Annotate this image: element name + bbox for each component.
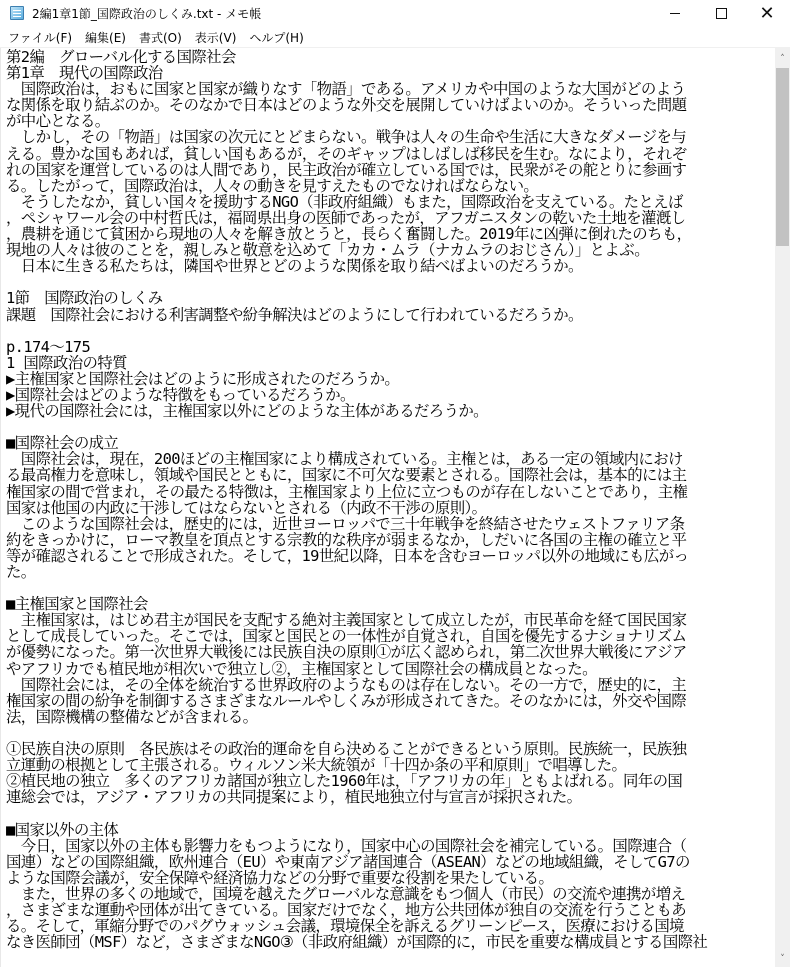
text-line: 法，国際機構の整備などが含まれる。 — [6, 709, 775, 725]
text-line: ような国際会議が，安全保障や経済協力などの分野で重要な役割を果たしている。 — [6, 870, 775, 886]
text-line — [6, 274, 775, 290]
text-line: 主権国家は，はじめ君主が国民を支配する絶対主義国家として成立したが，市民革命を経… — [6, 612, 775, 628]
text-line: 等が確認されることで形成された。そして，19世紀以降，日本を含むヨーロッパ以外の… — [6, 548, 775, 564]
text-line: として成長していった。そこでは，国家と国民との一体性が自覚され，自国を優先するナ… — [6, 628, 775, 644]
text-line: える。豊かな国もあれば，貧しい国もあるが，そのギャップはしばしば移民を生む。なに… — [6, 146, 775, 162]
text-line: ，さまざまな運動や団体が出てきている。国家だけでなく，地方公共団体が独自の交流を… — [6, 902, 775, 918]
text-line: ②植民地の独立 多くのアフリカ諸国が独立した1960年は，「アフリカの年」ともよ… — [6, 773, 775, 789]
text-line: 立運動の根拠として主張される。ウィルソン米大統領が「十四か条の平和原則」で唱導し… — [6, 757, 775, 773]
text-line: が中心となる。 — [6, 113, 775, 129]
scrollbar-thumb[interactable] — [776, 68, 789, 246]
text-line: そうしたなか，貧しい国々を援助するNGO（非政府組織）もまた，国際政治を支えてい… — [6, 194, 775, 210]
text-line: 権国家の間で営まれ，その最たる特徴は，主権国家より上位に立つものが存在しないこと… — [6, 484, 775, 500]
text-line — [6, 725, 775, 741]
text-line: ▶主権国家と国際社会はどのように形成されたのだろうか。 — [6, 371, 775, 387]
menu-file[interactable]: ファイル(F) — [6, 29, 79, 46]
text-line: ，ペシャワール会の中村哲氏は，福岡県出身の医師であったが，アフガニスタンの乾いた… — [6, 210, 775, 226]
text-line — [6, 419, 775, 435]
text-line — [6, 805, 775, 821]
text-line: 1節 国際政治のしくみ — [6, 290, 775, 306]
text-line: 現地の人々は彼のことを，親しみと敬意を込めて「カカ・ムラ（ナカムラのおじさん）」… — [6, 242, 775, 258]
text-line: ▶現代の国際社会には，主権国家以外にどのような主体があるだろうか。 — [6, 403, 775, 419]
text-line: 国際社会には，その全体を統治する世界政府のようなものは存在しない。その一方で，歴… — [6, 677, 775, 693]
text-line — [6, 580, 775, 596]
text-line: た。 — [6, 564, 775, 580]
text-line: 1 国際政治の特質 — [6, 355, 775, 371]
text-line: ，農耕を通じて貧困から現地の人々を解き放とうと，長らく奮闘した。2019年に凶弾… — [6, 226, 775, 242]
text-line: p.174～175 — [6, 339, 775, 355]
window-controls: ✕ — [652, 0, 790, 26]
text-line: ①民族自決の原則 各民族はその政治的運命を自ら決めることができるという原則。民族… — [6, 741, 775, 757]
menu-edit[interactable]: 編集(E) — [83, 29, 133, 46]
text-line: やアフリカでも植民地が相次いで独立し②，主権国家として国際社会の構成員となった。 — [6, 661, 775, 677]
scroll-down-arrow-icon[interactable]: ˅ — [775, 950, 790, 967]
text-line: ■国際社会の成立 — [6, 435, 775, 451]
text-editor-area[interactable]: 第2編 グローバル化する国際社会第1章 現代の国際政治 国際政治は，おもに国家と… — [0, 48, 775, 967]
text-line: ■主権国家と国際社会 — [6, 596, 775, 612]
title-bar[interactable]: 2編1章1節_国際政治のしくみ.txt - メモ帳 ✕ — [0, 0, 790, 26]
text-line: 第2編 グローバル化する国際社会 — [6, 49, 775, 65]
menu-help[interactable]: ヘルプ(H) — [247, 29, 310, 46]
text-line: ▶国際社会はどのような特徴をもっているだろうか。 — [6, 387, 775, 403]
text-line: 連総会では，アジア・アフリカの共同提案により，植民地独立付与宣言が採択された。 — [6, 789, 775, 805]
text-line — [6, 323, 775, 339]
notepad-app-icon[interactable] — [10, 6, 24, 20]
text-line: れの国家を運営しているのは人間であり，民主政治が確立している国では，民衆がその舵… — [6, 162, 775, 178]
menu-view[interactable]: 表示(V) — [193, 29, 244, 46]
close-button[interactable]: ✕ — [744, 0, 790, 26]
text-line: る。そして，軍縮分野でのパグウォッシュ会議，環境保全を訴えるグリーンピース，医療… — [6, 918, 775, 934]
text-line: また，世界の多くの地域で，国境を越えたグローバルな意識をもつ個人（市民）の交流や… — [6, 886, 775, 902]
text-line: る最高権力を意味し，領域や国民とともに，国家に不可欠な要素とされる。国際社会は，… — [6, 467, 775, 483]
text-line: ■国家以外の主体 — [6, 822, 775, 838]
text-line: 国家は他国の内政に干渉してはならないとされる（内政不干渉の原則）。 — [6, 500, 775, 516]
maximize-button[interactable] — [698, 0, 744, 26]
text-line: 第1章 現代の国際政治 — [6, 65, 775, 81]
text-line: 国連）などの国際組織，欧州連合（EU）や東南アジア諸国連合（ASEAN）などの地… — [6, 854, 775, 870]
window-title: 2編1章1節_国際政治のしくみ.txt - メモ帳 — [32, 5, 261, 22]
text-line: なき医師団（MSF）など，さまざまなNGO③（非政府組織）が国際的に，市民を重要… — [6, 934, 775, 950]
text-line: 課題 国際社会における利害調整や紛争解決はどのようにして行われているだろうか。 — [6, 307, 775, 323]
menu-format[interactable]: 書式(O) — [137, 29, 189, 46]
text-line: る。したがって，国際政治は，人々の動きを見すえたものでなければならない。 — [6, 178, 775, 194]
vertical-scrollbar[interactable]: ˄ ˅ — [775, 48, 790, 967]
text-line: 日本に生きる私たちは，隣国や世界とどのような関係を取り結べばよいのだろうか。 — [6, 258, 775, 274]
text-line: 約をきっかけに，ローマ教皇を頂点とする宗教的な秩序が弱まるなか，しだいに各国の主… — [6, 532, 775, 548]
scroll-up-arrow-icon[interactable]: ˄ — [775, 50, 790, 67]
text-line: しかし，その「物語」は国家の次元にとどまらない。戦争は人々の生命や生活に大きなダ… — [6, 129, 775, 145]
text-line: 今日，国家以外の主体も影響力をもつようになり，国家中心の国際社会を補完している。… — [6, 838, 775, 854]
text-line: が優勢になった。第一次世界大戦後には民族自決の原則①が広く認められ，第二次世界大… — [6, 644, 775, 660]
text-line: 国際政治は，おもに国家と国家が織りなす「物語」である。アメリカや中国のような大国… — [6, 81, 775, 97]
text-line: このような国際社会は，歴史的には，近世ヨーロッパで三十年戦争を終結させたウェスト… — [6, 516, 775, 532]
minimize-button[interactable] — [652, 0, 698, 26]
text-line: な関係を取り結ぶのか。そのなかで日本はどのような外交を展開していけばよいのか。そ… — [6, 97, 775, 113]
menu-bar: ファイル(F) 編集(E) 書式(O) 表示(V) ヘルプ(H) — [0, 28, 790, 48]
text-line: 権国家の間の紛争を制御するさまざまなルールやしくみが形成されてきた。そのなかには… — [6, 693, 775, 709]
